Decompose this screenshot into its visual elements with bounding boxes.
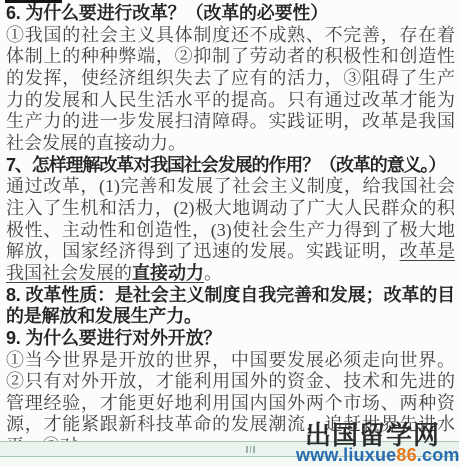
key-term: 直接动力: [132, 263, 204, 283]
tick-bar: [253, 446, 255, 453]
url-prefix: www.liuxue: [296, 445, 396, 465]
watermark-site-url: www.liuxue86.com: [296, 446, 459, 464]
question-8-statement: 8. 改革性质：是社会主义制度自我完善和发展；改革的目的是解放和发展生产力。: [6, 285, 455, 328]
url-highlight: 86: [396, 445, 416, 465]
tick-bar: [246, 446, 248, 453]
question-7-heading: 7、怎样理解改革对我国社会发展的作用？（改革的意义。）: [6, 155, 455, 177]
document-text-block: 6. 为什么要进行改革？（改革的必要性） ①我国的社会主义具体制度还不成熟、不完…: [6, 3, 455, 458]
question-7-answer: 通过改革，(1)完善和发展了社会主义制度，给我国社会注入了生机和活力，(2)极大…: [6, 176, 455, 284]
question-6-answer: ①我国的社会主义具体制度还不成熟、不完善，存在着体制上的种种弊端，②抑制了劳动者…: [6, 25, 455, 155]
answer-7-body: 通过改革，(1)完善和发展了社会主义制度，给我国社会注入了生机和活力，(2)极大…: [6, 176, 455, 261]
scanned-document-page: 6. 为什么要进行改革？（改革的必要性） ①我国的社会主义具体制度还不成熟、不完…: [0, 0, 459, 466]
url-suffix: .com: [417, 445, 459, 465]
question-6-heading: 6. 为什么要进行改革？（改革的必要性）: [6, 3, 455, 25]
tick-bar: [250, 446, 252, 453]
question-9-heading: 9. 为什么要进行对外开放？: [6, 328, 455, 350]
sentence-end: 。: [204, 263, 222, 283]
page-marker-ticks: [246, 446, 255, 453]
